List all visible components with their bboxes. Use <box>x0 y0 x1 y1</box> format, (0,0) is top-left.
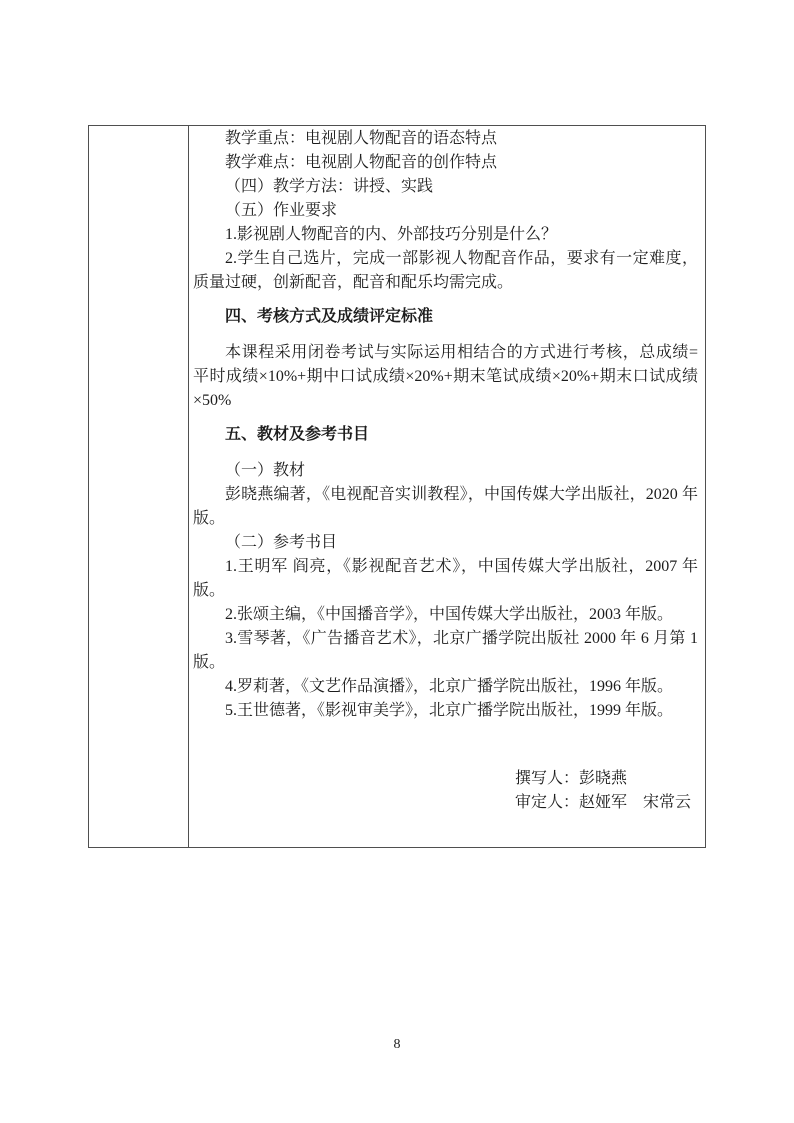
table-content-cell: 教学重点：电视剧人物配音的语态特点 教学难点：电视剧人物配音的创作特点 （四）教… <box>189 126 705 847</box>
homework-item-2: 2.学生自己选片，完成一部影视人物配音作品，要求有一定难度，质量过硬，创新配音，… <box>193 247 698 295</box>
homework-requirement-line: （五）作业要求 <box>193 199 698 223</box>
teaching-key-point-line: 教学重点：电视剧人物配音的语态特点 <box>193 127 698 151</box>
textbook-entry: 彭晓燕编著，《电视配音实训教程》，中国传媒大学出版社，2020 年版。 <box>193 483 698 531</box>
assessment-description: 本课程采用闭卷考试与实际运用相结合的方式进行考核，总成绩=平时成绩×10%+期中… <box>193 341 698 413</box>
reviewer-line: 审定人：赵娅军 宋常云 <box>515 791 691 815</box>
textbook-subheading: （一）教材 <box>193 459 698 483</box>
reference-entry-1: 1.王明军 阎亮，《影视配音艺术》，中国传媒大学出版社，2007 年版。 <box>193 555 698 603</box>
document-page: 教学重点：电视剧人物配音的语态特点 教学难点：电视剧人物配音的创作特点 （四）教… <box>0 0 794 1123</box>
teaching-method-line: （四）教学方法：讲授、实践 <box>193 175 698 199</box>
signature-inner: 撰写人：彭晓燕 审定人：赵娅军 宋常云 <box>515 767 691 815</box>
writer-line: 撰写人：彭晓燕 <box>515 767 691 791</box>
reference-entry-2: 2.张颂主编，《中国播音学》，中国传媒大学出版社，2003 年版。 <box>193 603 698 627</box>
signature-block: 撰写人：彭晓燕 审定人：赵娅军 宋常云 <box>193 767 698 815</box>
syllabus-table: 教学重点：电视剧人物配音的语态特点 教学难点：电视剧人物配音的创作特点 （四）教… <box>88 125 706 848</box>
teaching-difficulty-line: 教学难点：电视剧人物配音的创作特点 <box>193 151 698 175</box>
reference-subheading: （二）参考书目 <box>193 531 698 555</box>
section-heading-assessment: 四、考核方式及成绩评定标准 <box>193 305 698 329</box>
homework-item-1: 1.影视剧人物配音的内、外部技巧分别是什么？ <box>193 223 698 247</box>
reference-entry-3: 3.雪琴著，《广告播音艺术》，北京广播学院出版社 2000 年 6 月第 1 版… <box>193 627 698 675</box>
reference-entry-5: 5.王世德著，《影视审美学》，北京广播学院出版社，1999 年版。 <box>193 699 698 723</box>
section-heading-textbooks: 五、教材及参考书目 <box>193 423 698 447</box>
reference-entry-4: 4.罗莉著，《文艺作品演播》，北京广播学院出版社，1996 年版。 <box>193 675 698 699</box>
page-number: 8 <box>0 1036 794 1054</box>
table-left-empty-cell <box>89 126 189 847</box>
